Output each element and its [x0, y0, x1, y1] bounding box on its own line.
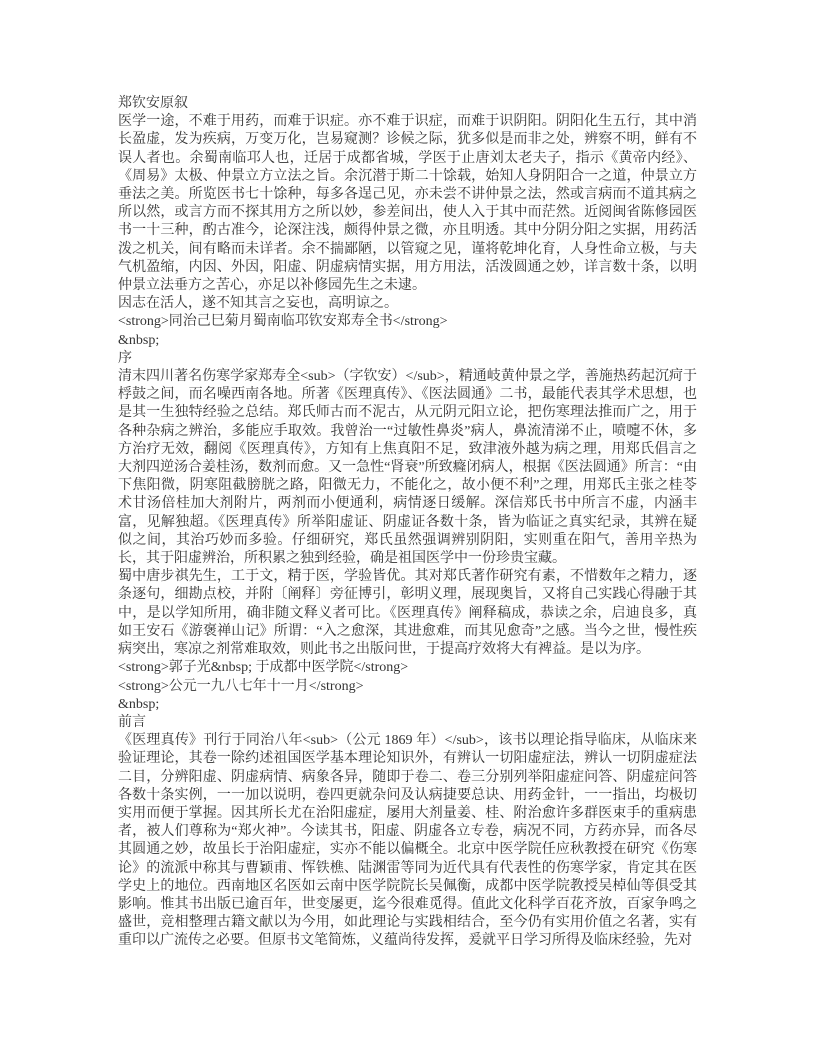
preface-section-heading: 序 [118, 350, 697, 368]
document-viewport: { "page": { "background_color": "#ffffff… [0, 0, 816, 1056]
foreword-body-paragraph: 《医理真传》刊行于同治八年<sub>（公元 1869 年）</sub>，该书以理… [118, 732, 697, 950]
preface-body-paragraph-2: 蜀中唐步祺先生，工于文，精于医，学验皆优。其对郑氏著作研究有素，不惜数年之精力，… [118, 568, 697, 659]
date-markup-line: <strong>公元一九八七年十一月</strong> [118, 678, 697, 696]
original-preface-closing-line: 因志在活人，遂不知其言之妄也，高明谅之。 [118, 295, 697, 313]
document-page: 郑钦安原叙 医学一途，不难于用药，而难于识症。亦不难于识症，而难于识阴阳。阴阳化… [0, 0, 816, 1056]
signature-markup-line-zheng: <strong>同治己巳菊月蜀南临邛钦安郑寿全书</strong> [118, 313, 697, 331]
foreword-section-heading: 前言 [118, 714, 697, 732]
nbsp-literal-line-2: &nbsp; [118, 696, 697, 714]
nbsp-literal-line-1: &nbsp; [118, 332, 697, 350]
signature-markup-line-guo: <strong>郭子光&nbsp; 于成都中医学院</strong> [118, 659, 697, 677]
original-preface-title: 郑钦安原叙 [118, 95, 697, 113]
original-preface-body-paragraph: 医学一途，不难于用药，而难于识症。亦不难于识症，而难于识阴阳。阴阳化生五行，其中… [118, 113, 697, 295]
preface-body-paragraph-1: 清末四川著名伤寒学家郑寿全<sub>（字钦安）</sub>，精通岐黄仲景之学，善… [118, 368, 697, 568]
